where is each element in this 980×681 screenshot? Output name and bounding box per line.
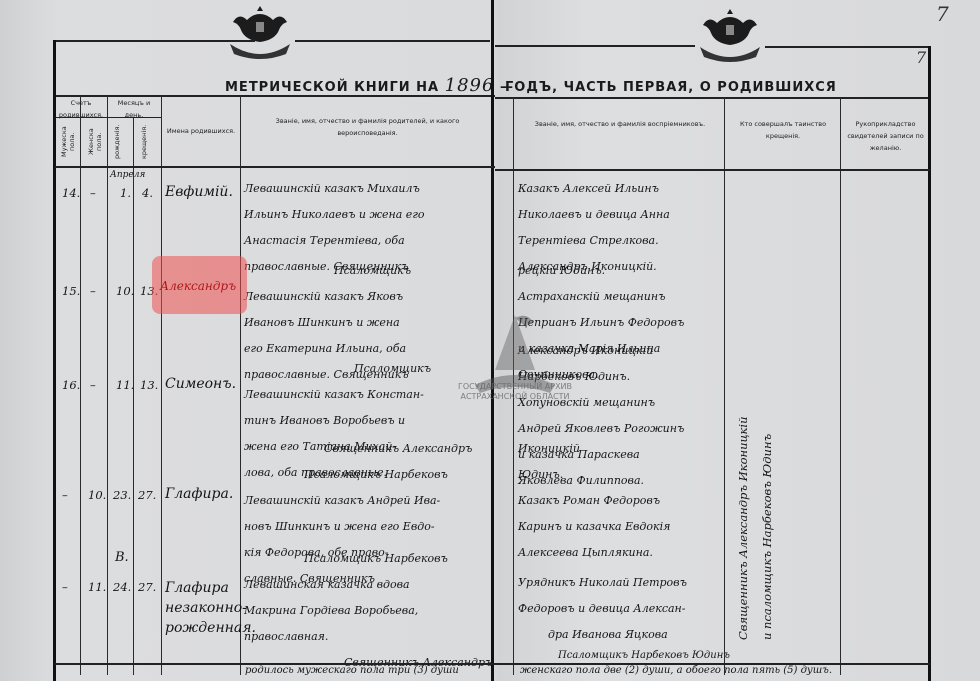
imperial-eagle-icon <box>695 5 765 65</box>
header-name: Имена родившихся. <box>162 125 240 137</box>
performer-signature-line1: Священникъ Александръ Иконицкій <box>736 417 750 641</box>
header-count: Счетъ родившихся. <box>56 97 106 121</box>
child-name: Глафира. <box>165 486 233 502</box>
archive-stamp-icon <box>455 300 575 395</box>
header-baptized: крещенія. <box>140 122 148 162</box>
highlighted-name: Александръ <box>160 279 236 293</box>
year-value: 1896 <box>445 75 495 96</box>
archive-stamp-text: ГОСУДАРСТВЕННЫЙ АРХИВ АСТРАХАНСКОЙ ОБЛАС… <box>440 382 590 402</box>
title-right: ГОДЪ, ЧАСТЬ ПЕРВАЯ, О РОДИВШИХСЯ <box>505 80 837 95</box>
title-left: МЕТРИЧЕСКОЙ КНИГИ НА 1896 — <box>225 75 514 96</box>
header-born: рожденія. <box>113 122 121 162</box>
header-signature: Рукоприкладство свидетелей записи по жел… <box>843 118 928 154</box>
child-name: Глафира незаконно-рожденная. <box>165 578 237 638</box>
footer-right: женскаго пола две (2) души, а обоего пол… <box>520 665 832 676</box>
performer-signature-line2: и псаломщикъ Нарбековъ Юдинъ <box>760 434 774 640</box>
header-parents: Званіе, имя, отчество и фамилія родителе… <box>250 115 485 139</box>
register-page: 7 7 МЕТРИЧЕСКОЙ КНИГИ НА 1896 — ГОДЪ, ЧА… <box>0 0 980 681</box>
header-performer: Кто совершалъ таинство крещенія. <box>728 118 838 142</box>
header-male: Мужеска пола. <box>60 122 76 162</box>
page-number-corner: 7 <box>916 48 926 67</box>
child-name: Симеонъ. <box>165 376 236 392</box>
header-godparents: Званіе, имя, отчество и фамилія воспріем… <box>530 118 710 130</box>
child-name: Евфимій. <box>165 184 233 200</box>
imperial-eagle-icon <box>225 2 295 62</box>
header-date: Месяцъ и день. <box>108 97 160 121</box>
footer-left: родилось мужескаго пола три (3) души <box>245 665 459 676</box>
header-female: Женска пола. <box>87 122 103 162</box>
page-number: 7 <box>936 2 949 26</box>
